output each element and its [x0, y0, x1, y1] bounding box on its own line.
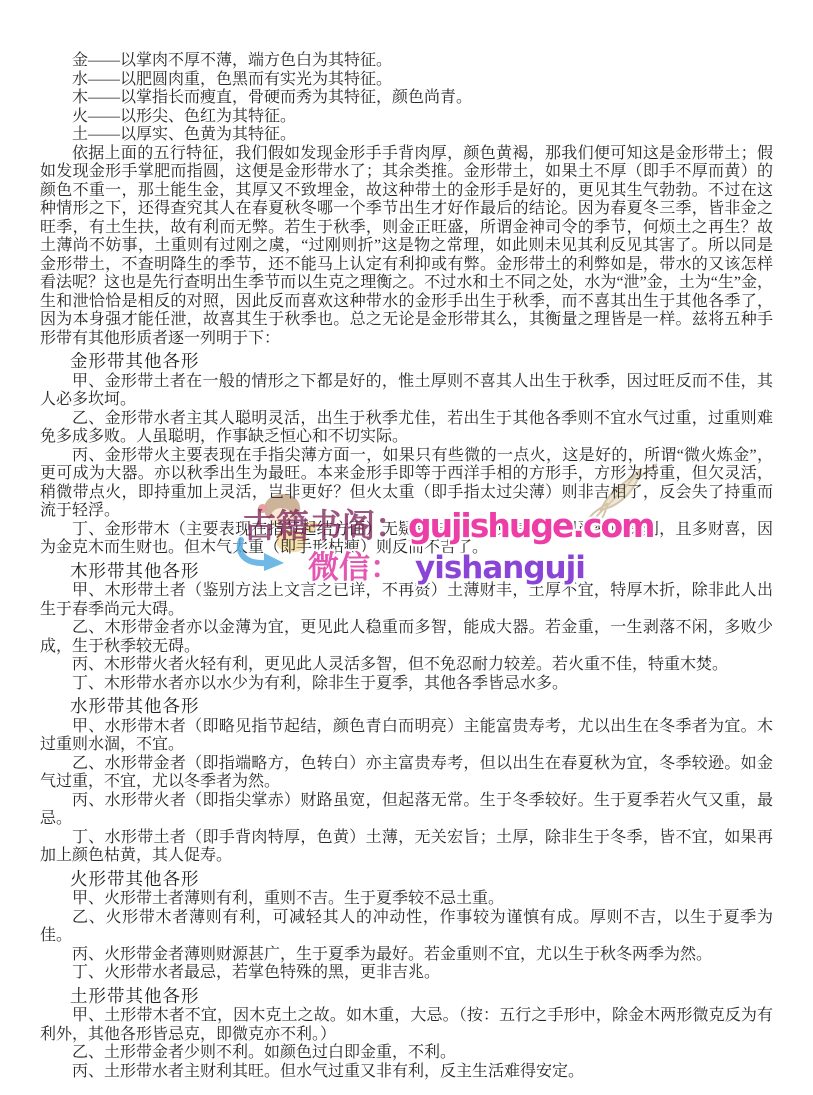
section-title-metal: 金形带其他各形 — [40, 352, 773, 371]
watermark-wechat-id: yishanguji — [415, 550, 585, 586]
section-item: 甲、火形带土者薄则有利，重则不吉。生于夏季较不忌土重。 — [40, 890, 773, 909]
section-item: 甲、金形带土者在一般的情形之下都是好的，惟土厚则不喜其人出生于秋季，因过旺反而不… — [40, 373, 773, 410]
element-line-water: 水——以肥圆肉重，色黑而有实光为其特征。 — [40, 71, 773, 90]
section-title-fire: 火形带其他各形 — [40, 870, 773, 889]
element-line-fire: 火——以形尖、色红为其特征。 — [40, 108, 773, 127]
section-item: 甲、木形带土者（鉴别方法上文言之已详，不再赘）土薄财丰，土厚不宜，特厚木折，除非… — [40, 582, 773, 619]
section-item: 甲、水形带木者（即略见指节起结，颜色青白而明亮）主能富贵寿考，尤以出生在冬季者为… — [40, 718, 773, 755]
watermark-site-domain: gujishuge.com — [408, 506, 654, 545]
element-list: 金——以掌肉不厚不薄，端方色白为其特征。 水——以肥圆肉重，色黑而有实光为其特征… — [40, 52, 773, 145]
section-item: 丙、木形带火者火轻有利，更见此人灵活多智，但不免忍耐力较差。若火重不佳，特重木焚… — [40, 656, 773, 675]
element-line-wood: 木——以掌指长而瘦直，骨硬而秀为其特征，颜色尚青。 — [40, 89, 773, 108]
section-item: 乙、土形带金者少则不利。如颜色过白即金重，不利。 — [40, 1044, 773, 1063]
watermark-site-name: 古籍书阁： — [243, 506, 408, 545]
section-title-earth: 土形带其他各形 — [40, 987, 773, 1006]
section-title-water: 水形带其他各形 — [40, 697, 773, 716]
watermark-wechat-line: 微信：yishanguji — [308, 542, 585, 587]
section-item: 丁、木形带水者亦以水少为有利，除非生于夏季，其他各季皆忌水多。 — [40, 675, 773, 694]
watermark-site-line: 古籍书阁：gujishuge.com — [243, 500, 654, 547]
section-item: 丙、火形带金者薄则财源甚广，生于夏季为最好。若金重则不宜，尤以生于秋冬两季为然。 — [40, 946, 773, 965]
section-item: 甲、土形带木者不宜，因木克土之故。如木重，大忌。（按：五行之手形中，除金木两形微… — [40, 1007, 773, 1044]
element-line-metal: 金——以掌肉不厚不薄，端方色白为其特征。 — [40, 52, 773, 71]
section-item: 丙、水形带火者（即指尖掌赤）财路虽宽，但起落无常。生于冬季较好。生于夏季若火气又… — [40, 792, 773, 829]
scanned-book-page: { "document": { "element_list": [ "金——以掌… — [0, 0, 813, 1095]
element-line-earth: 土——以厚实、色黄为其特征。 — [40, 126, 773, 145]
section-item: 乙、木形带金者亦以金薄为宜，更见此人稳重而多智，能成大器。若金重，一生剥落不闲，… — [40, 619, 773, 656]
section-item: 乙、火形带木者薄则有利，可减轻其人的冲动性，作事较为谨慎有成。厚则不吉，以生于夏… — [40, 909, 773, 946]
section-item: 乙、金形带水者主其人聪明灵活，出生于秋季尤佳，若出生于其他各季则不宜水气过重，过… — [40, 410, 773, 447]
section-item: 乙、水形带金者（即指端略方，色转白）亦主富贵寿考，但以出生在春夏秋为宜，冬季较逊… — [40, 755, 773, 792]
section-item: 丁、火形带水者最忌，若掌色特殊的黑，更非吉兆。 — [40, 964, 773, 983]
intro-paragraph: 依据上面的五行特征，我们假如发现金形手手背肉厚，颜色黄褐，那我们便可知这是金形带… — [40, 145, 773, 349]
section-item: 丙、土形带水者主财利其旺。但水气过重又非有利，反主生活难得安定。 — [40, 1063, 773, 1082]
watermark-wechat-label: 微信： — [308, 550, 401, 586]
section-item: 丁、水形带土者（即手背肉特厚，色黄）土薄，无关宏旨；土厚，除非生于冬季，皆不宜，… — [40, 829, 773, 866]
